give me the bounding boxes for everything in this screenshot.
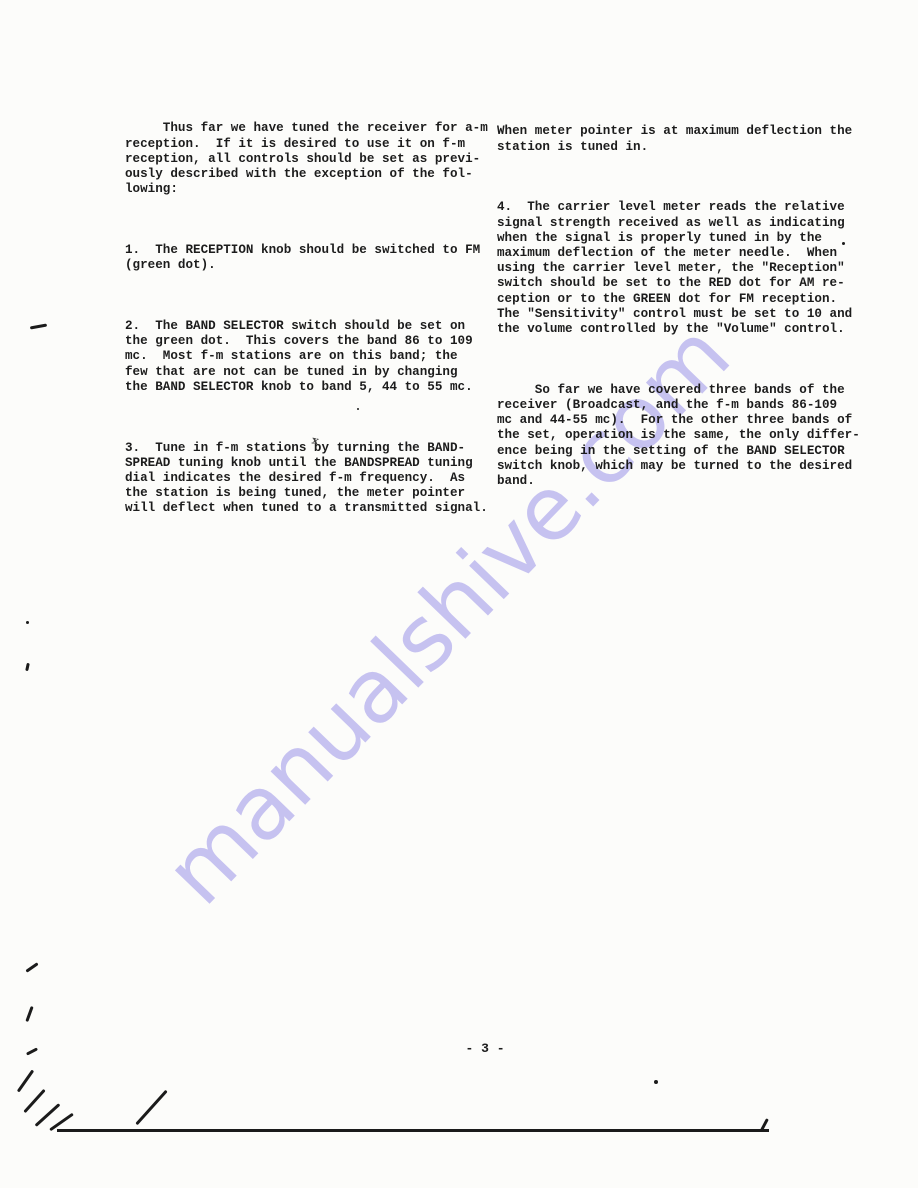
scan-artifact-speck	[842, 242, 845, 245]
text-column-left: Thus far we have tuned the receiver for …	[125, 91, 490, 562]
scan-artifact-scratch	[135, 1090, 167, 1125]
scan-artifact-scratch	[17, 1069, 34, 1092]
scan-artifact-bottom-line	[57, 1129, 769, 1132]
scan-artifact-scratch	[26, 1047, 38, 1055]
scan-artifact-left-dash	[30, 324, 47, 330]
page-number: - 3 -	[440, 1041, 530, 1056]
scan-artifact-scratch	[25, 1006, 33, 1022]
scan-artifact-scratch	[23, 1089, 45, 1113]
paragraph-continuation: When meter pointer is at maximum deflect…	[497, 124, 862, 154]
scan-artifact-dot	[654, 1080, 658, 1084]
scanned-manual-page: manualshive.com Thus far we have tuned t…	[0, 0, 918, 1188]
paragraph-closing: So far we have covered three bands of th…	[497, 383, 862, 489]
scan-artifact-left-tick	[25, 663, 30, 671]
paragraph-item-1: 1. The RECEPTION knob should be switched…	[125, 243, 490, 273]
text-column-right: When meter pointer is at maximum deflect…	[497, 94, 862, 535]
paragraph-item-4: 4. The carrier level meter reads the rel…	[497, 200, 862, 337]
paragraph-item-2: 2. The BAND SELECTOR switch should be se…	[125, 319, 490, 395]
scan-artifact-speck	[357, 408, 359, 410]
paragraph-item-3: 3. Tune in f-m stations by turning the B…	[125, 441, 490, 517]
paragraph-intro: Thus far we have tuned the receiver for …	[125, 121, 490, 197]
scan-artifact-left-dot	[26, 621, 29, 624]
scan-artifact-scratch	[25, 962, 38, 972]
